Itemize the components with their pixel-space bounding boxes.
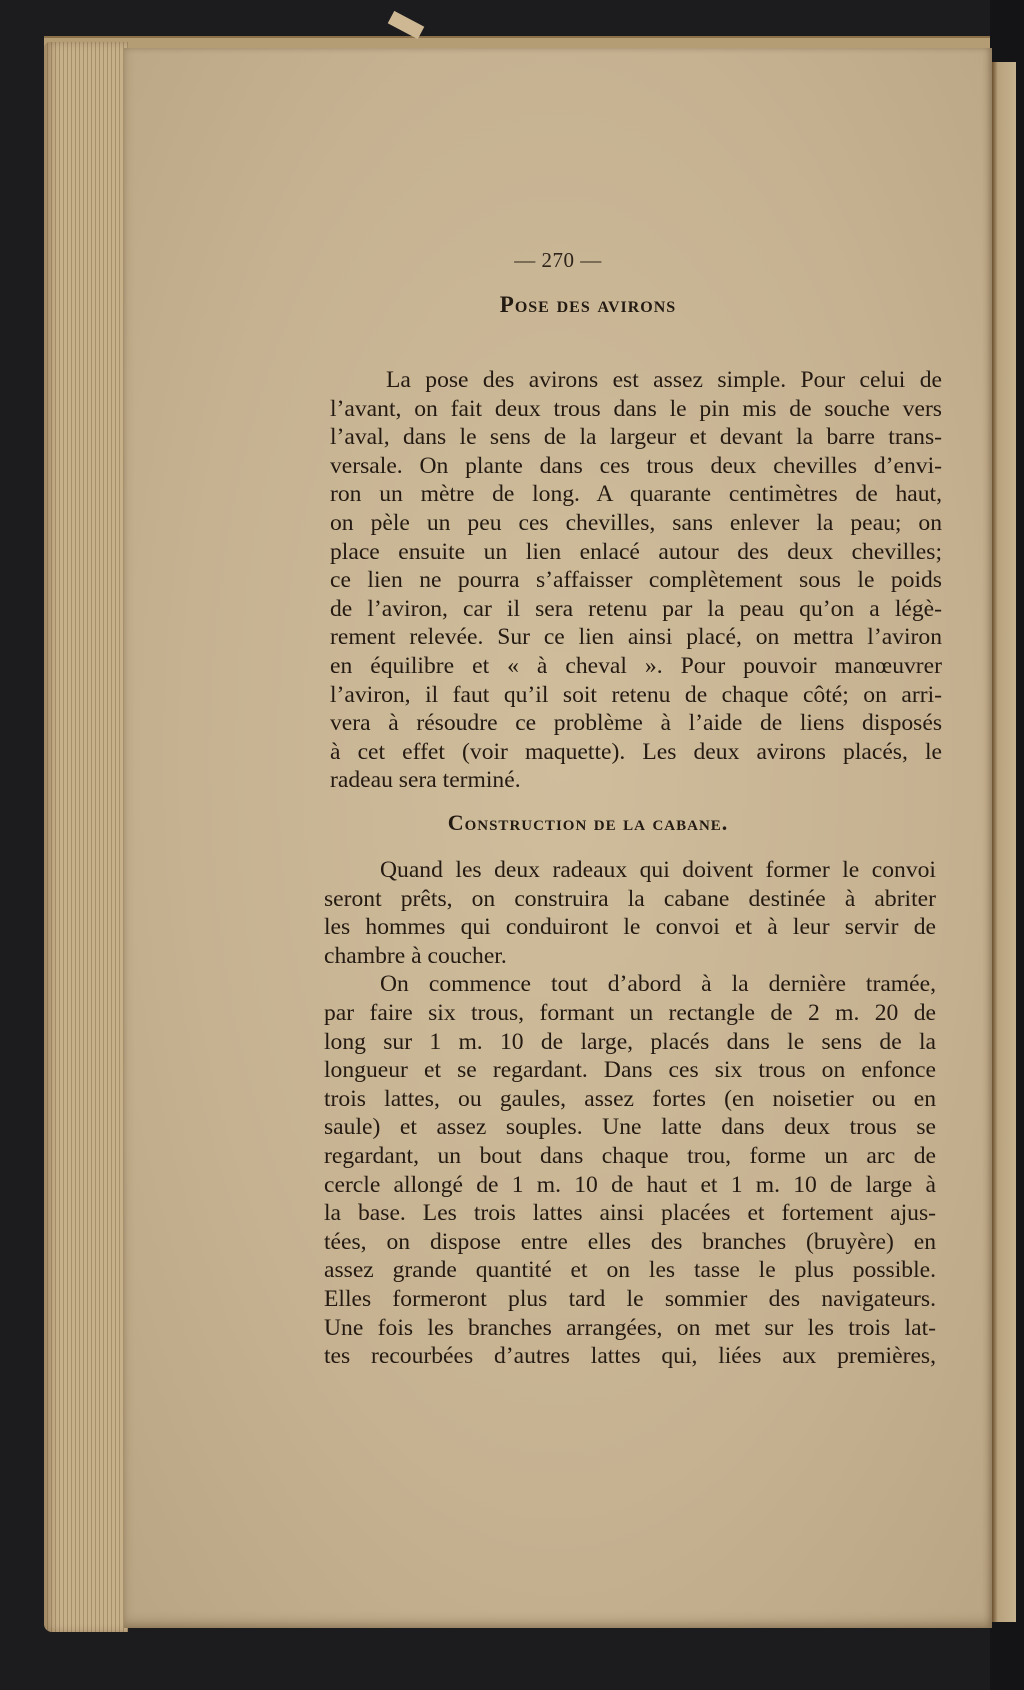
text-line: la base. Les trois lattes ainsi placées … xyxy=(324,1199,936,1228)
text-line: longueur et se regardant. Dans ces six t… xyxy=(324,1056,936,1085)
text-line: Elles formeront plus tard le sommier des… xyxy=(324,1285,936,1314)
book: — 270 — Pose des avirons La pose des avi… xyxy=(44,42,990,1632)
text-line: long sur 1 m. 10 de large, placés dans l… xyxy=(324,1028,936,1057)
text-line: Une fois les branches arrangées, on met … xyxy=(324,1314,936,1343)
text-line: La pose des avirons est assez simple. Po… xyxy=(330,366,942,395)
text-line: de l’aviron, car il sera retenu par la p… xyxy=(330,595,942,624)
paragraphs-construction-de-la-cabane: Quand les deux radeaux qui doivent forme… xyxy=(324,856,936,1371)
text-line: regardant, un bout dans chaque trou, for… xyxy=(324,1142,936,1171)
page-top-edge xyxy=(44,36,990,48)
text-line: saule) et assez souples. Une latte dans … xyxy=(324,1113,936,1142)
text-line: tées, on dispose entre elles des branche… xyxy=(324,1228,936,1257)
section-heading-construction-de-la-cabane: Construction de la cabane. xyxy=(154,810,1022,836)
section-heading-pose-des-avirons: Pose des avirons xyxy=(154,292,1022,318)
text-line: Quand les deux radeaux qui doivent forme… xyxy=(324,856,936,885)
text-line: à cet effet (voir maquette). Les deux av… xyxy=(330,738,942,767)
text-line: on pèle un peu ces chevilles, sans enlev… xyxy=(330,509,942,538)
text-line: ron un mètre de long. A quarante centimè… xyxy=(330,480,942,509)
text-line: versale. On plante dans ces trous deux c… xyxy=(330,452,942,481)
text-line: les hommes qui conduiront le convoi et à… xyxy=(324,913,936,942)
text-line: l’aval, dans le sens de la largeur et de… xyxy=(330,423,942,452)
text-line: place ensuite un lien enlacé autour des … xyxy=(330,538,942,567)
text-line: ce lien ne pourra s’affaisser complèteme… xyxy=(330,566,942,595)
text-line: par faire six trous, formant un rectangl… xyxy=(324,999,936,1028)
text-line: l’avant, on fait deux trous dans le pin … xyxy=(330,395,942,424)
text-line: l’aviron, il faut qu’il soit retenu de c… xyxy=(330,681,942,710)
paragraph-pose-des-avirons: La pose des avirons est assez simple. Po… xyxy=(330,366,942,795)
page-number: — 270 — xyxy=(124,248,992,273)
text-line: cercle allongé de 1 m. 10 de haut et 1 m… xyxy=(324,1171,936,1200)
torn-paper-flap xyxy=(388,11,425,39)
text-line: assez grande quantité et on les tasse le… xyxy=(324,1256,936,1285)
text-line: rement relevée. Sur ce lien ainsi placé,… xyxy=(330,623,942,652)
text-line: On commence tout d’abord à la dernière t… xyxy=(324,970,936,999)
text-line: tes recourbées d’autres lattes qui, liée… xyxy=(324,1342,936,1371)
page-stack-edge xyxy=(44,42,128,1632)
text-line: chambre à coucher. xyxy=(324,942,936,971)
text-line: radeau sera terminé. xyxy=(330,766,942,795)
book-page: — 270 — Pose des avirons La pose des avi… xyxy=(124,48,992,1628)
text-line: trois lattes, ou gaules, assez fortes (e… xyxy=(324,1085,936,1114)
text-line: en équilibre et « à cheval ». Pour pouvo… xyxy=(330,652,942,681)
text-line: vera à résoudre ce problème à l’aide de … xyxy=(330,709,942,738)
text-line: seront prêts, on construira la cabane de… xyxy=(324,885,936,914)
